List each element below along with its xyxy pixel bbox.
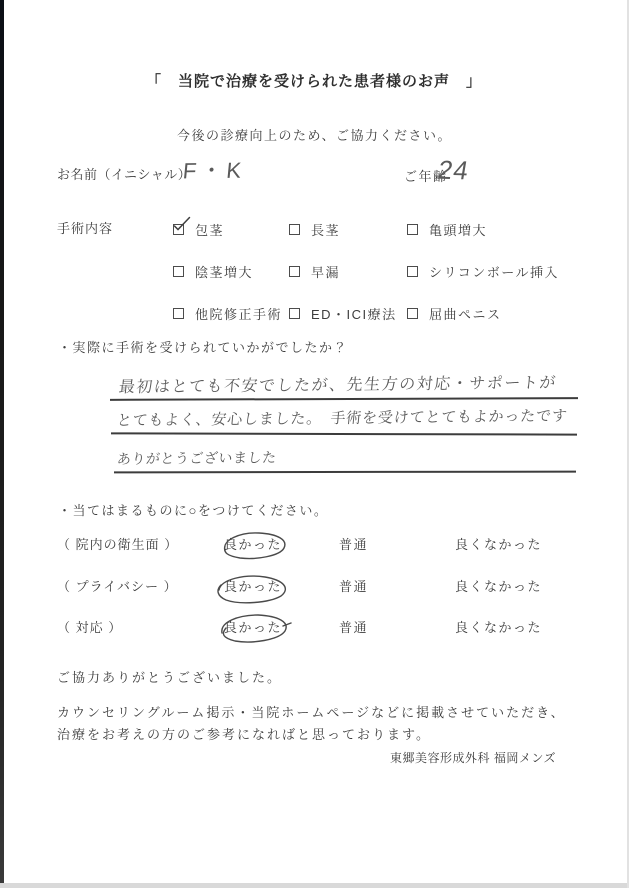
checkbox-icon xyxy=(407,308,418,319)
checkbox-checked-icon xyxy=(173,224,184,235)
surgery-option-label: シリコンボール挿入 xyxy=(429,262,559,281)
surgery-option-taiin-shuusei: 他院修正手術 xyxy=(173,304,282,323)
surgery-option-label: 長茎 xyxy=(311,220,340,239)
rating-option-normal: 普通 xyxy=(339,537,368,553)
footer-note-line-2: 治療をお考えの方のご参考になればと思っております。 xyxy=(57,727,431,743)
rating-option-bad: 良くなかった xyxy=(455,579,542,595)
checkbox-icon xyxy=(289,266,300,277)
scan-edge-bottom xyxy=(0,883,629,888)
experience-question: ・実際に手術を受けられていかがでしたか？ xyxy=(58,340,348,356)
answer-rule-line-2 xyxy=(111,432,577,435)
footer-note-line-1: カウンセリングルーム掲示・当院ホームページなどに掲載させていただき、 xyxy=(57,705,566,721)
rating-option-normal: 普通 xyxy=(339,620,368,636)
checkbox-icon xyxy=(173,308,184,319)
surgery-section-label: 手術内容 xyxy=(57,221,113,237)
surgery-option-label: 包茎 xyxy=(195,220,224,239)
form-subtitle: 今後の診療向上のため、ご協力ください。 xyxy=(177,128,452,144)
footer-thanks: ご協力ありがとうございました。 xyxy=(57,670,282,686)
answer-rule-line-1 xyxy=(110,397,578,401)
clinic-name: 東郷美容形成外科 福岡メンズ xyxy=(390,751,556,765)
scanned-feedback-form: 「 当院で治療を受けられた患者様のお声 」 今後の診療向上のため、ご協力ください… xyxy=(0,0,629,888)
rating-option-good: 良かった xyxy=(224,620,282,636)
surgery-option-ed-ici: ED・ICI療法 xyxy=(289,304,397,323)
surgery-option-label: 他院修正手術 xyxy=(195,304,282,323)
checkbox-icon xyxy=(289,308,300,319)
surgery-option-label: 亀頭増大 xyxy=(429,220,487,239)
surgery-option-houkei: 包茎 xyxy=(173,220,224,239)
surgery-option-silicone-ball: シリコンボール挿入 xyxy=(407,262,559,281)
rating-row-label-privacy: （ プライバシー ） xyxy=(57,579,178,595)
checkbox-icon xyxy=(289,224,300,235)
name-handwritten-value: F・K xyxy=(182,158,247,184)
rating-option-bad: 良くなかった xyxy=(455,537,542,553)
surgery-option-label: 陰茎増大 xyxy=(195,262,253,281)
checkbox-icon xyxy=(407,224,418,235)
answer-rule-line-3 xyxy=(114,471,576,474)
answer-handwritten-line-3: ありがとうございました xyxy=(116,449,277,467)
name-label: お名前（イニシャル） xyxy=(57,167,191,183)
ratings-instruction: ・当てはまるものに○をつけてください。 xyxy=(58,503,328,519)
rating-row-label-response: （ 対応 ） xyxy=(57,620,122,636)
surgery-option-kitou-zoudai: 亀頭増大 xyxy=(407,220,487,239)
rating-option-normal: 普通 xyxy=(339,579,368,595)
age-handwritten-value: 24 xyxy=(436,156,472,187)
surgery-option-sourou: 早漏 xyxy=(289,262,340,281)
answer-handwritten-line-2: とてもよく、安心しました。 手術を受けてとてもよかったです xyxy=(116,408,569,430)
checkbox-icon xyxy=(407,266,418,277)
surgery-option-label: 早漏 xyxy=(311,262,340,281)
surgery-option-choukei: 長茎 xyxy=(289,220,340,239)
surgery-option-label: ED・ICI療法 xyxy=(311,304,397,323)
rating-option-bad: 良くなかった xyxy=(455,620,542,636)
rating-option-good: 良かった xyxy=(224,537,282,553)
rating-option-good: 良かった xyxy=(224,579,282,595)
surgery-option-kukkyoku-penis: 屈曲ペニス xyxy=(407,304,502,323)
surgery-option-label: 屈曲ペニス xyxy=(429,304,502,323)
rating-row-label-hygiene: （ 院内の衛生面 ） xyxy=(57,537,178,553)
form-title: 「 当院で治療を受けられた患者様のお声 」 xyxy=(146,73,482,91)
scan-edge-left xyxy=(0,0,4,888)
answer-handwritten-line-1: 最初はとても不安でしたが、先生方の対応・サポートが xyxy=(118,375,558,398)
checkmark-icon xyxy=(172,216,192,232)
checkbox-icon xyxy=(173,266,184,277)
surgery-option-inkei-zoudai: 陰茎増大 xyxy=(173,262,253,281)
